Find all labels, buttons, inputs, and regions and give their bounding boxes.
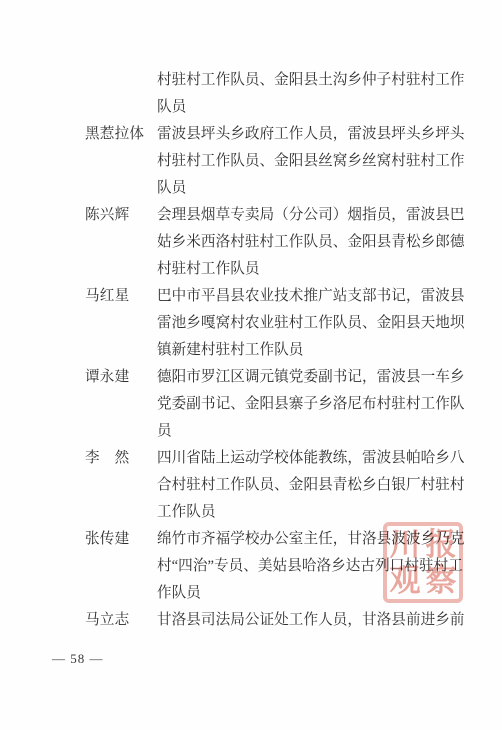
entry-line: 村驻村工作队员 bbox=[157, 256, 449, 283]
document-page: 村驻村工作队员、金阳县土沟乡仲子村驻村工作队员黑惹拉体雷波县坪头乡政府工作人员，… bbox=[0, 0, 502, 730]
entry-description: 德阳市罗江区调元镇党委副书记，雷波县一车乡党委副书记、金阳县寨子乡洛尼布村驻村工… bbox=[157, 364, 449, 445]
entry-description: 甘洛县司法局公证处工作人员，甘洛县前进乡前 bbox=[157, 607, 449, 634]
entry-name: 马立志 bbox=[85, 607, 146, 634]
entry-line: 队员 bbox=[157, 94, 449, 121]
entry-line: 村驻村工作队员、金阳县土沟乡仲子村驻村工作 bbox=[157, 67, 449, 94]
entry-name: 谭永建 bbox=[85, 364, 146, 391]
entry-line: 会理县烟草专卖局（分公司）烟指员，雷波县巴 bbox=[157, 202, 449, 229]
entry: 马红星巴中市平昌县农业技术推广站支部书记，雷波县雷池乡嘎窝村农业驻村工作队员、金… bbox=[85, 283, 449, 364]
entry-description: 雷波县坪头乡政府工作人员，雷波县坪头乡坪头村驻村工作队员、金阳县丝窝乡丝窝村驻村… bbox=[157, 121, 449, 202]
seal-character: 察 bbox=[423, 563, 459, 600]
entry-name: 陈兴辉 bbox=[85, 202, 146, 229]
seal-character: 川 bbox=[387, 526, 423, 563]
entry-line: 村驻村工作队员、金阳县丝窝乡丝窝村驻村工作 bbox=[157, 148, 449, 175]
entry-line: 甘洛县司法局公证处工作人员，甘洛县前进乡前 bbox=[157, 607, 449, 634]
entry-description: 村驻村工作队员、金阳县土沟乡仲子村驻村工作队员 bbox=[157, 67, 449, 121]
page-number: — 58 — bbox=[52, 649, 104, 669]
entry: 马立志甘洛县司法局公证处工作人员，甘洛县前进乡前 bbox=[85, 607, 449, 634]
entry: 陈兴辉会理县烟草专卖局（分公司）烟指员，雷波县巴姑乡米西洛村驻村工作队员、金阳县… bbox=[85, 202, 449, 283]
entry-line: 四川省陆上运动学校体能教练，雷波县帕哈乡八 bbox=[157, 445, 449, 472]
entry-line: 德阳市罗江区调元镇党委副书记，雷波县一车乡 bbox=[157, 364, 449, 391]
entry-line: 镇新建村驻村工作队员 bbox=[157, 337, 449, 364]
entry-line: 雷波县坪头乡政府工作人员，雷波县坪头乡坪头 bbox=[157, 121, 449, 148]
entry-description: 会理县烟草专卖局（分公司）烟指员，雷波县巴姑乡米西洛村驻村工作队员、金阳县青松乡… bbox=[157, 202, 449, 283]
entry-line: 队员 bbox=[157, 175, 449, 202]
entry: 黑惹拉体雷波县坪头乡政府工作人员，雷波县坪头乡坪头村驻村工作队员、金阳县丝窝乡丝… bbox=[85, 121, 449, 202]
entry-line: 合村驻村工作队员、金阳县青松乡白银厂村驻村 bbox=[157, 472, 449, 499]
entry-line: 党委副书记、金阳县寨子乡洛尼布村驻村工作队 bbox=[157, 391, 449, 418]
watermark-seal: 川报观察 bbox=[383, 522, 463, 603]
entry-description: 巴中市平昌县农业技术推广站支部书记，雷波县雷池乡嘎窝村农业驻村工作队员、金阳县天… bbox=[157, 283, 449, 364]
entry: 谭永建德阳市罗江区调元镇党委副书记，雷波县一车乡党委副书记、金阳县寨子乡洛尼布村… bbox=[85, 364, 449, 445]
entry: 村驻村工作队员、金阳县土沟乡仲子村驻村工作队员 bbox=[85, 67, 449, 121]
entry-line: 雷池乡嘎窝村农业驻村工作队员、金阳县天地坝 bbox=[157, 310, 449, 337]
entry-name: 张传建 bbox=[85, 526, 146, 553]
entry-line: 员 bbox=[157, 418, 449, 445]
seal-character: 观 bbox=[387, 563, 423, 600]
entry-name: 黑惹拉体 bbox=[85, 121, 146, 148]
entry-line: 姑乡米西洛村驻村工作队员、金阳县青松乡郎德 bbox=[157, 229, 449, 256]
entry-description: 四川省陆上运动学校体能教练，雷波县帕哈乡八合村驻村工作队员、金阳县青松乡白银厂村… bbox=[157, 445, 449, 526]
seal-character: 报 bbox=[423, 526, 459, 563]
entry-name: 马红星 bbox=[85, 283, 146, 310]
entry: 李 然四川省陆上运动学校体能教练，雷波县帕哈乡八合村驻村工作队员、金阳县青松乡白… bbox=[85, 445, 449, 526]
entry-name: 李 然 bbox=[85, 445, 146, 472]
entry-line: 巴中市平昌县农业技术推广站支部书记，雷波县 bbox=[157, 283, 449, 310]
